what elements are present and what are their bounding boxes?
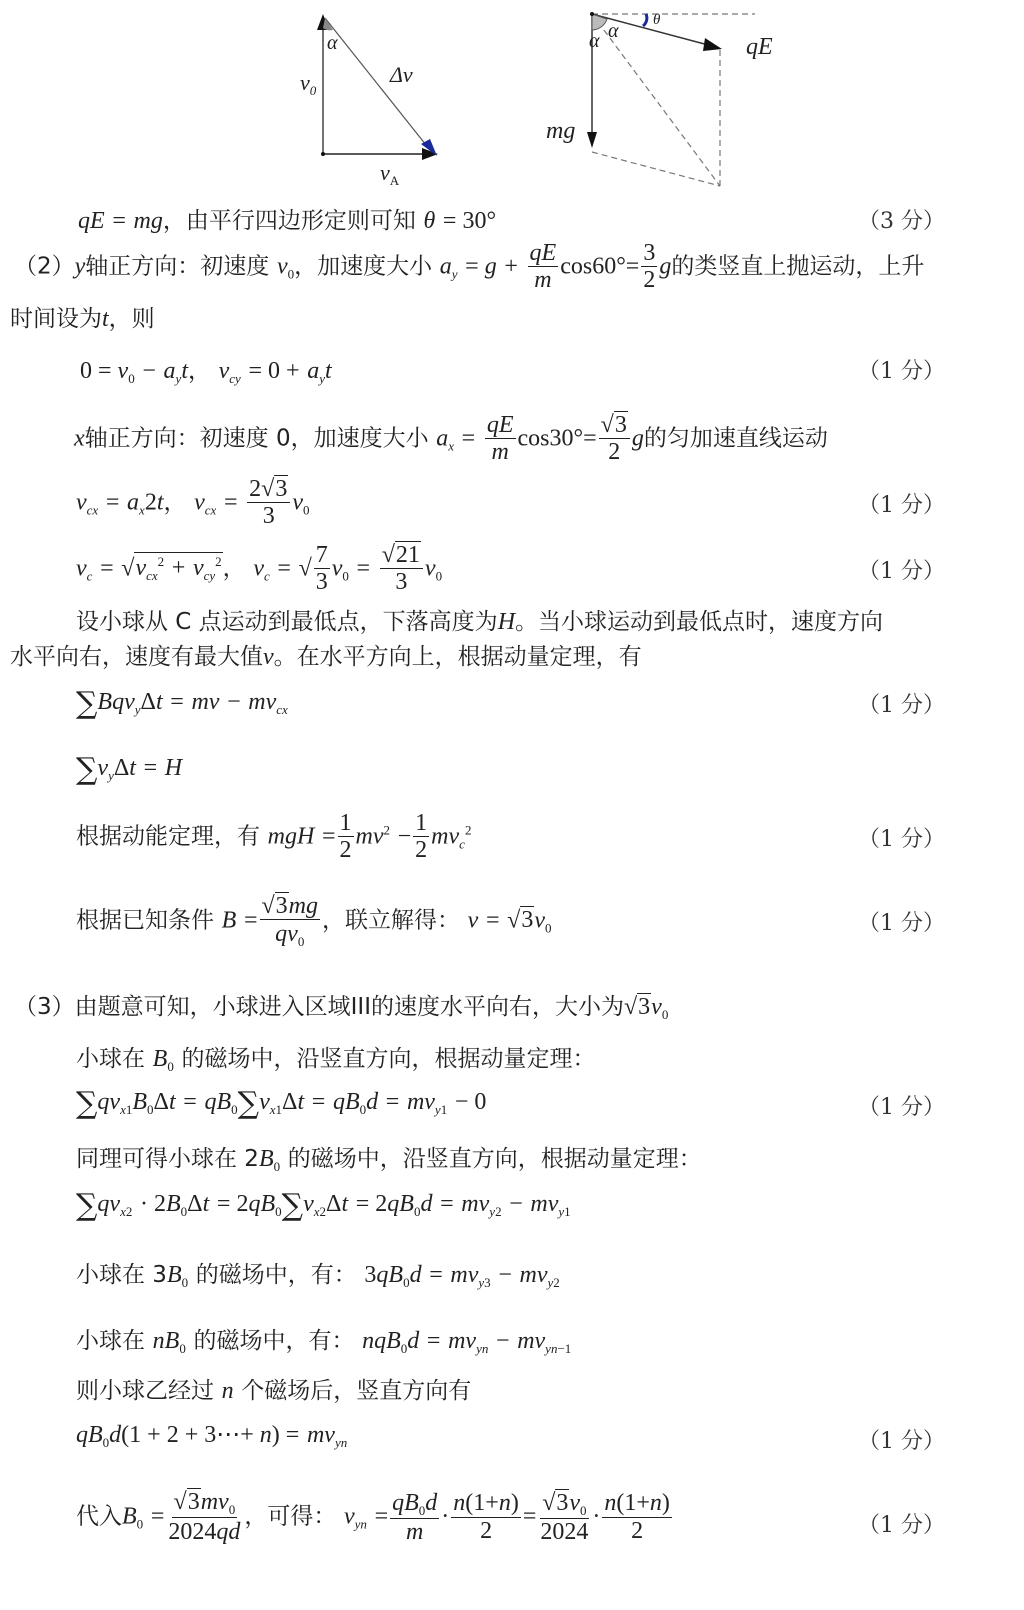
line-theta-result: qE = mg，由平行四边形定则可知 θ = 30° (78, 202, 496, 235)
score-1: （1 分） (858, 688, 945, 719)
theta-label: θ (653, 12, 660, 29)
score-1: （1 分） (858, 354, 945, 385)
score-1: （1 分） (858, 1508, 945, 1539)
qE-label: qE (746, 34, 773, 61)
line-B-condition: 根据已知条件 B =√3mgqv0，联立解得： v = √3v0 (76, 892, 551, 950)
line-vcx: vcx = ax2t， vcx = 2√33v0 (76, 476, 309, 530)
line-y-axis: （2）y轴正方向：初速度 v0，加速度大小 ay = g + qEmcos60°… (14, 240, 924, 294)
line-momentum-2B0: ∑qvx2 · 2B0Δt = 2qB0∑vx2Δt = 2qB0d = mvy… (76, 1188, 571, 1223)
line-sum-series: qB0d(1 + 2 + 3⋯+ n) = mvyn (76, 1420, 347, 1451)
score-1: （1 分） (858, 488, 945, 519)
line-2B0-field: 同理可得小球在 2B0 的磁场中，沿竖直方向，根据动量定理： (76, 1140, 702, 1175)
line-momentum-horizontal: ∑BqvyΔt = mv − mvcx (76, 686, 288, 721)
line-vc: vc = √vcx2 + vcy2， vc = √73v0 = √213v0 (76, 542, 442, 596)
line-vcy: 0 = v0 − ayt， vcy = 0 + ayt (80, 352, 332, 387)
mg-label: mg (546, 118, 575, 145)
score-3: （3 分） (858, 204, 945, 235)
line-nB0-field: 小球在 nB0 的磁场中，有： nqB0d = mvyn − mvyn−1 (76, 1322, 571, 1357)
score-1: （1 分） (858, 906, 945, 937)
line-momentum-B0: ∑qvx1B0Δt = qB0∑vx1Δt = qB0d = mvy1 − 0 (76, 1086, 486, 1121)
line-lowest-point-cont: 水平向右，速度有最大值v。在水平方向上，根据动量定理，有 (10, 638, 642, 671)
alpha-label-2: α (608, 20, 619, 43)
line-B0-field: 小球在 B0 的磁场中，沿竖直方向，根据动量定理： (76, 1040, 595, 1075)
vA-label: vA (380, 160, 399, 189)
line-lowest-point: 设小球从 C 点运动到最低点，下落高度为H。当小球运动到最低点时，速度方向 (76, 603, 883, 636)
v0-label: v0 (300, 70, 316, 99)
score-1: （1 分） (858, 1424, 945, 1455)
delta-v-label: Δv (390, 62, 413, 88)
line-time: 时间设为t，则 (10, 300, 155, 333)
score-1: （1 分） (858, 822, 945, 853)
score-1: （1 分） (858, 1090, 945, 1121)
alpha-label-3: α (589, 30, 600, 53)
line-final-result: 代入B0 =√3mv02024qd，可得： vyn =qB0dm·n(1+n)2… (76, 1488, 674, 1546)
line-energy: 根据动能定理，有 mgH =12mv2 −12mvc2 (76, 810, 471, 864)
line-part3: （3）由题意可知，小球进入区域III的速度水平向右，大小为√3v0 (14, 988, 668, 1023)
alpha-label: α (327, 32, 338, 55)
line-sum-vy: ∑vyΔt = H (76, 752, 182, 787)
score-1: （1 分） (858, 554, 945, 585)
line-n-fields: 则小球乙经过 n 个磁场后，竖直方向有 (76, 1372, 471, 1405)
line-x-axis: x轴正方向：初速度 0，加速度大小 ax = qEmcos30°=√32g的匀加… (74, 412, 828, 466)
line-3B0-field: 小球在 3B0 的磁场中，有： 3qB0d = mvy3 − mvy2 (76, 1256, 560, 1291)
